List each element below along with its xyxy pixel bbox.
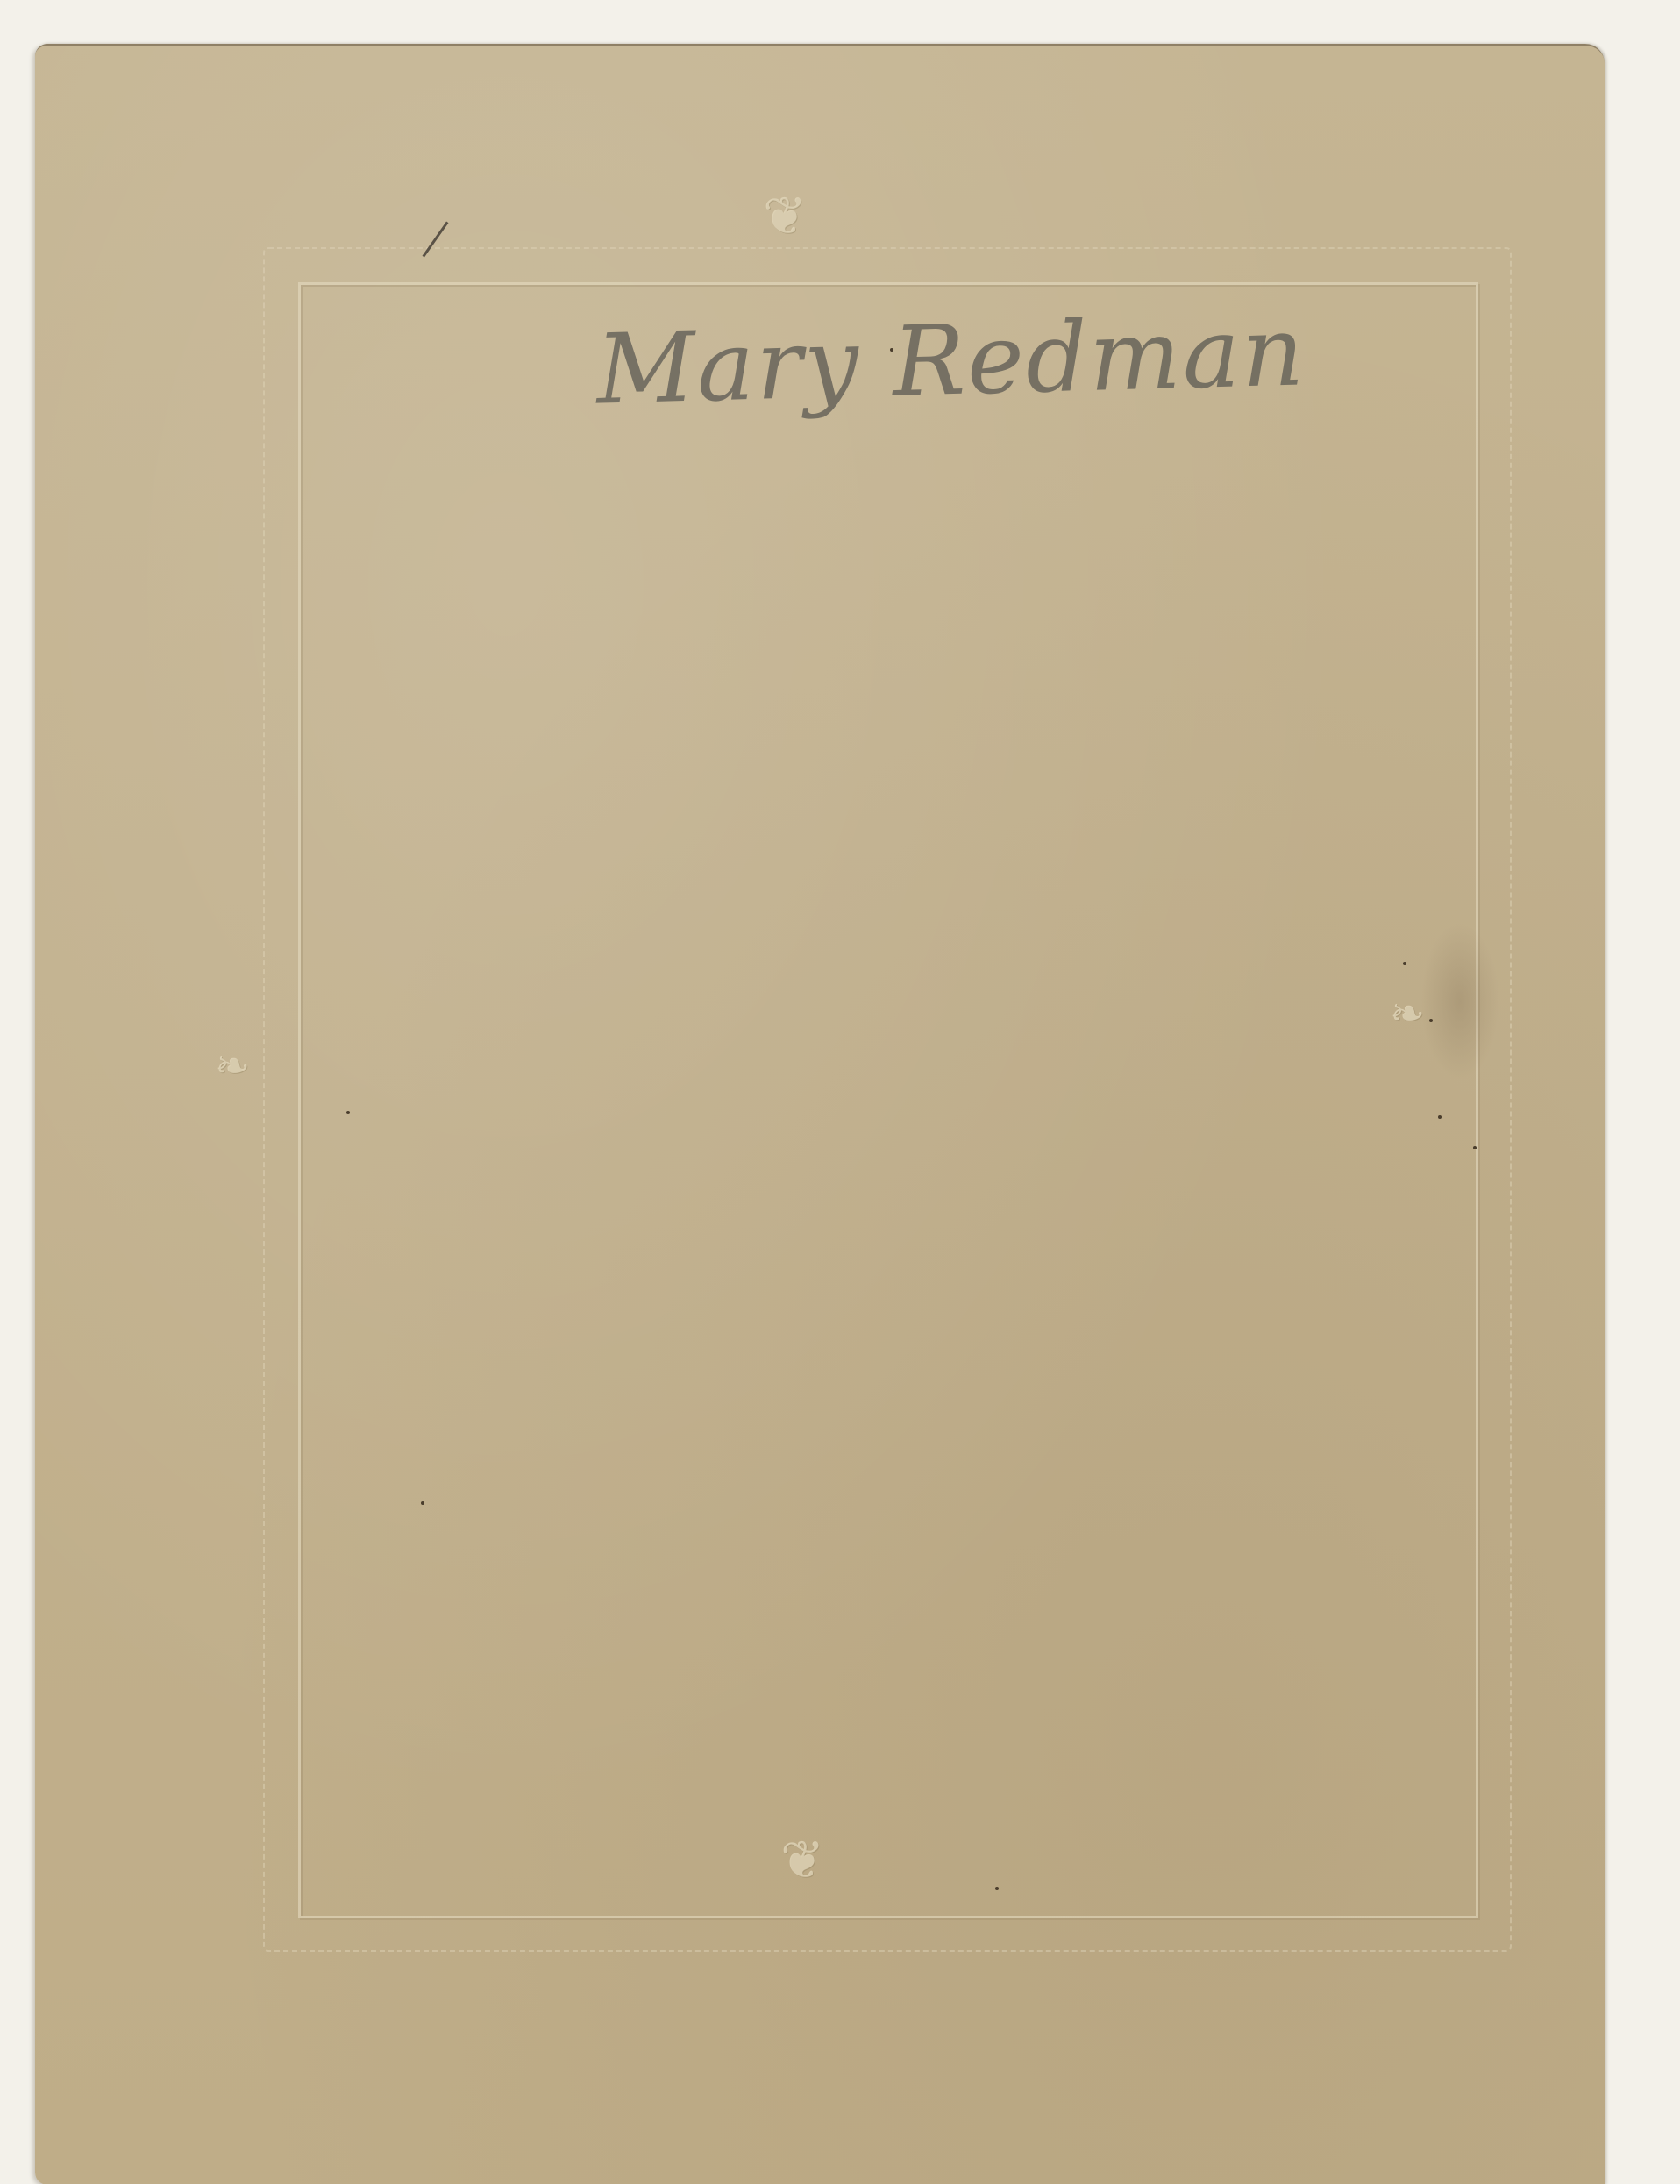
speck — [1403, 962, 1406, 965]
bottom-ornament-icon: ❦ — [780, 1834, 824, 1887]
handwritten-name: Mary Redman — [594, 295, 1306, 425]
speck — [421, 1501, 424, 1505]
speck — [890, 348, 893, 352]
foxing-stain — [1420, 922, 1499, 1080]
speck — [1429, 1019, 1433, 1022]
top-ornament-icon: ❦ — [763, 190, 807, 243]
cabinet-card-back: ❦ ❦ ❧ ❧ Mary Redman — [35, 44, 1605, 2184]
speck — [346, 1111, 350, 1114]
left-ornament-icon: ❧ — [215, 1045, 250, 1087]
speck — [1438, 1115, 1442, 1119]
speck — [995, 1887, 999, 1890]
embossed-frame — [298, 282, 1478, 1918]
speck — [1473, 1146, 1477, 1149]
